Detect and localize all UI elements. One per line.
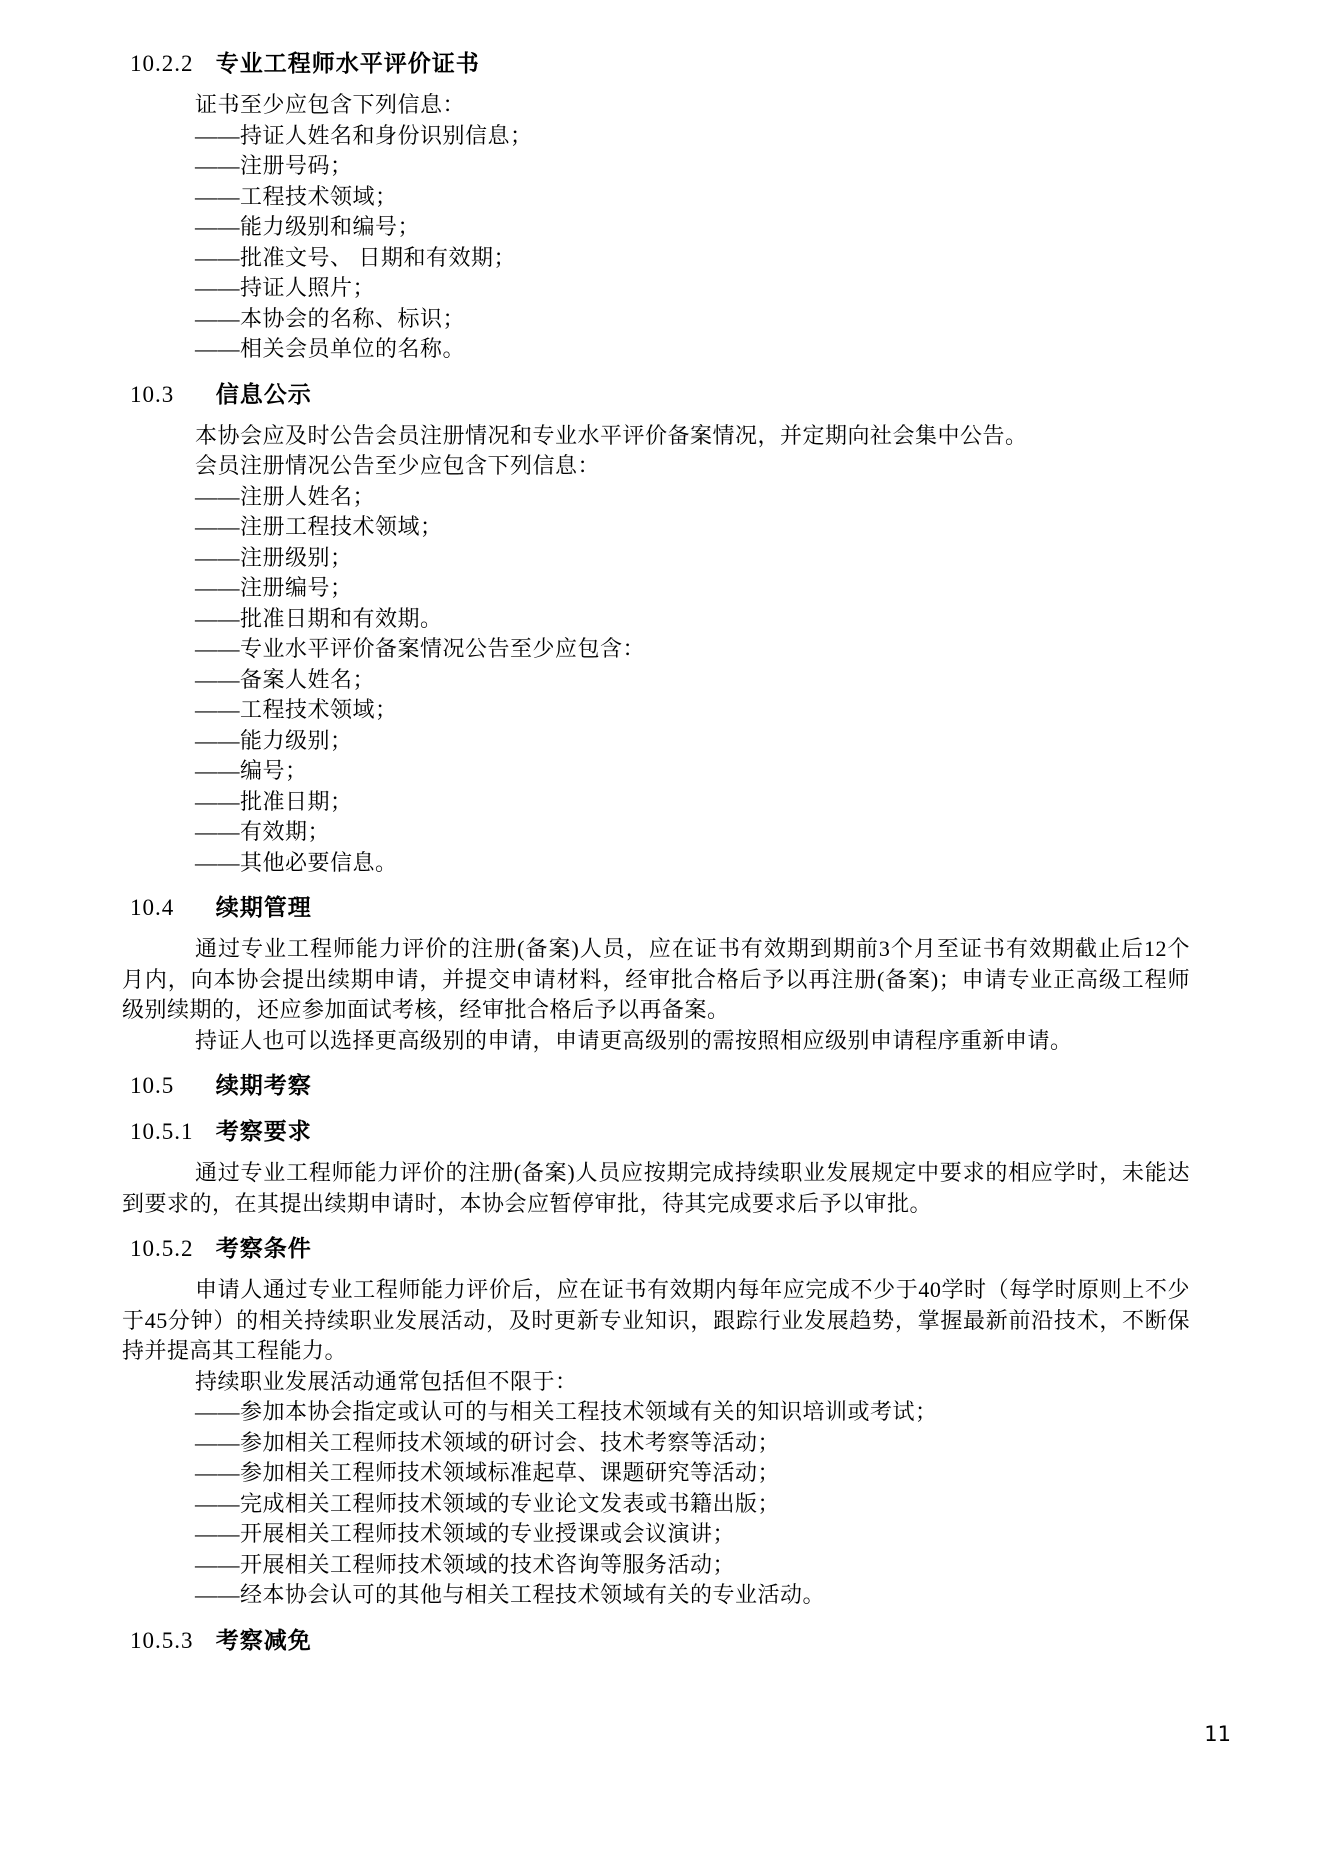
list-item: ——能力级别； — [122, 726, 1190, 757]
section-10-3: 10.3 信息公示 本协会应及时公告会员注册情况和专业水平评价备案情况，并定期向… — [122, 379, 1190, 879]
list-item: ——完成相关工程师技术领域的专业论文发表或书籍出版； — [122, 1489, 1190, 1520]
section-heading: 10.4 续期管理 — [130, 892, 1190, 924]
list-item: ——经本协会认可的其他与相关工程技术领域有关的专业活动。 — [122, 1580, 1190, 1611]
list-item: ——开展相关工程师技术领域的专业授课或会议演讲； — [122, 1519, 1190, 1550]
section-number: 10.5.3 — [130, 1625, 210, 1657]
list-item: ——注册编号； — [122, 573, 1190, 604]
list-item: ——持证人照片； — [122, 273, 1190, 304]
list-item: ——注册人姓名； — [122, 482, 1190, 513]
section-10-5-2: 10.5.2 考察条件 申请人通过专业工程师能力评价后，应在证书有效期内每年应完… — [122, 1233, 1190, 1611]
list-item: ——开展相关工程师技术领域的技术咨询等服务活动； — [122, 1550, 1190, 1581]
list-item: ——持证人姓名和身份识别信息； — [122, 121, 1190, 152]
dash-list: ——持证人姓名和身份识别信息；——注册号码；——工程技术领域；——能力级别和编号… — [122, 121, 1190, 365]
section-title: 考察条件 — [216, 1236, 312, 1262]
page-number: 11 — [1204, 1722, 1231, 1746]
list-item: ——批准日期； — [122, 787, 1190, 818]
list-item: ——参加相关工程师技术领域的研讨会、技术考察等活动； — [122, 1428, 1190, 1459]
section-title: 续期考察 — [216, 1073, 312, 1099]
section-title: 续期管理 — [216, 895, 312, 921]
section-number: 10.5.2 — [130, 1233, 210, 1265]
section-title: 考察要求 — [216, 1119, 312, 1145]
list-item: ——批准日期和有效期。 — [122, 604, 1190, 635]
list-item: ——工程技术领域； — [122, 182, 1190, 213]
list-item: ——批准文号、 日期和有效期； — [122, 243, 1190, 274]
section-title: 专业工程师水平评价证书 — [216, 51, 480, 77]
section-number: 10.4 — [130, 892, 210, 924]
paragraph: 会员注册情况公告至少应包含下列信息： — [122, 451, 1190, 482]
section-heading: 10.5 续期考察 — [130, 1070, 1190, 1102]
list-item: ——注册号码； — [122, 151, 1190, 182]
list-item: ——工程技术领域； — [122, 695, 1190, 726]
document-page: 10.2.2 专业工程师水平评价证书 证书至少应包含下列信息： ——持证人姓名和… — [0, 0, 1323, 1871]
section-number: 10.5 — [130, 1070, 210, 1102]
paragraph: 持证人也可以选择更高级别的申请，申请更高级别的需按照相应级别申请程序重新申请。 — [122, 1026, 1190, 1057]
list-item: ——其他必要信息。 — [122, 848, 1190, 879]
list-item: ——有效期； — [122, 817, 1190, 848]
section-10-4: 10.4 续期管理 通过专业工程师能力评价的注册(备案)人员，应在证书有效期到期… — [122, 892, 1190, 1056]
list-item: ——注册级别； — [122, 543, 1190, 574]
document-content: 10.2.2 专业工程师水平评价证书 证书至少应包含下列信息： ——持证人姓名和… — [122, 0, 1190, 1667]
section-heading: 10.5.1 考察要求 — [130, 1116, 1190, 1148]
list-item: ——能力级别和编号； — [122, 212, 1190, 243]
section-10-5-3: 10.5.3 考察减免 — [122, 1625, 1190, 1657]
paragraph: 证书至少应包含下列信息： — [122, 90, 1190, 121]
section-10-5: 10.5 续期考察 — [122, 1070, 1190, 1102]
section-heading: 10.5.3 考察减免 — [130, 1625, 1190, 1657]
section-number: 10.2.2 — [130, 48, 210, 80]
paragraph: 申请人通过专业工程师能力评价后，应在证书有效期内每年应完成不少于40学时（每学时… — [122, 1275, 1190, 1367]
section-title: 信息公示 — [216, 382, 312, 408]
section-heading: 10.5.2 考察条件 — [130, 1233, 1190, 1265]
list-item: ——本协会的名称、标识； — [122, 304, 1190, 335]
section-10-5-1: 10.5.1 考察要求 通过专业工程师能力评价的注册(备案)人员应按期完成持续职… — [122, 1116, 1190, 1219]
list-item: ——编号； — [122, 756, 1190, 787]
list-item: ——专业水平评价备案情况公告至少应包含： — [122, 634, 1190, 665]
list-item: ——参加相关工程师技术领域标准起草、课题研究等活动； — [122, 1458, 1190, 1489]
section-title: 考察减免 — [216, 1628, 312, 1654]
paragraph: 本协会应及时公告会员注册情况和专业水平评价备案情况，并定期向社会集中公告。 — [122, 421, 1190, 452]
dash-list: ——注册人姓名；——注册工程技术领域；——注册级别；——注册编号；——批准日期和… — [122, 482, 1190, 879]
paragraph: 通过专业工程师能力评价的注册(备案)人员应按期完成持续职业发展规定中要求的相应学… — [122, 1158, 1190, 1219]
list-item: ——相关会员单位的名称。 — [122, 334, 1190, 365]
list-item: ——备案人姓名； — [122, 665, 1190, 696]
paragraph: 持续职业发展活动通常包括但不限于： — [122, 1367, 1190, 1398]
section-heading: 10.3 信息公示 — [130, 379, 1190, 411]
section-number: 10.3 — [130, 379, 210, 411]
section-number: 10.5.1 — [130, 1116, 210, 1148]
paragraph: 通过专业工程师能力评价的注册(备案)人员，应在证书有效期到期前3个月至证书有效期… — [122, 934, 1190, 1026]
dash-list: ——参加本协会指定或认可的与相关工程技术领域有关的知识培训或考试；——参加相关工… — [122, 1397, 1190, 1611]
list-item: ——注册工程技术领域； — [122, 512, 1190, 543]
list-item: ——参加本协会指定或认可的与相关工程技术领域有关的知识培训或考试； — [122, 1397, 1190, 1428]
section-heading: 10.2.2 专业工程师水平评价证书 — [130, 48, 1190, 80]
section-10-2-2: 10.2.2 专业工程师水平评价证书 证书至少应包含下列信息： ——持证人姓名和… — [122, 48, 1190, 365]
